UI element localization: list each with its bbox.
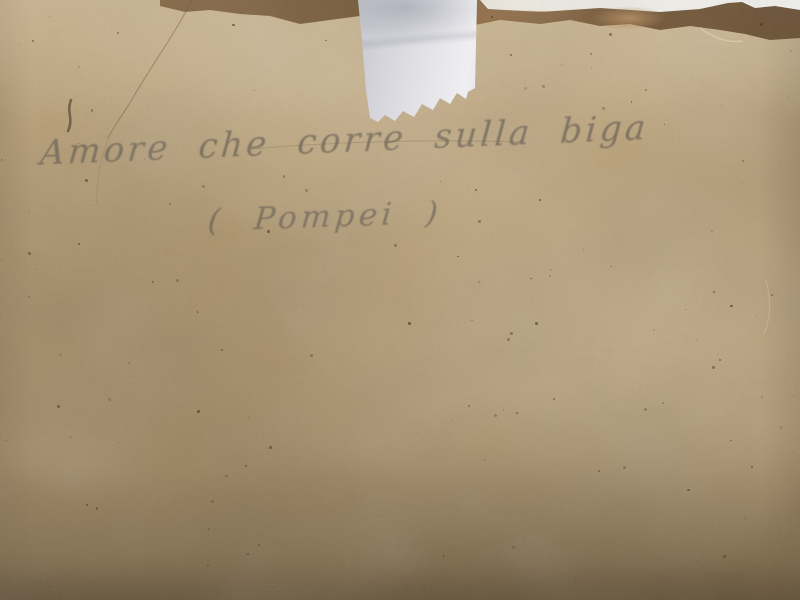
- photo-of-paper-verso: Amore che corre sulla biga ( Pompei ): [0, 0, 800, 600]
- speckles-layer: [0, 0, 800, 600]
